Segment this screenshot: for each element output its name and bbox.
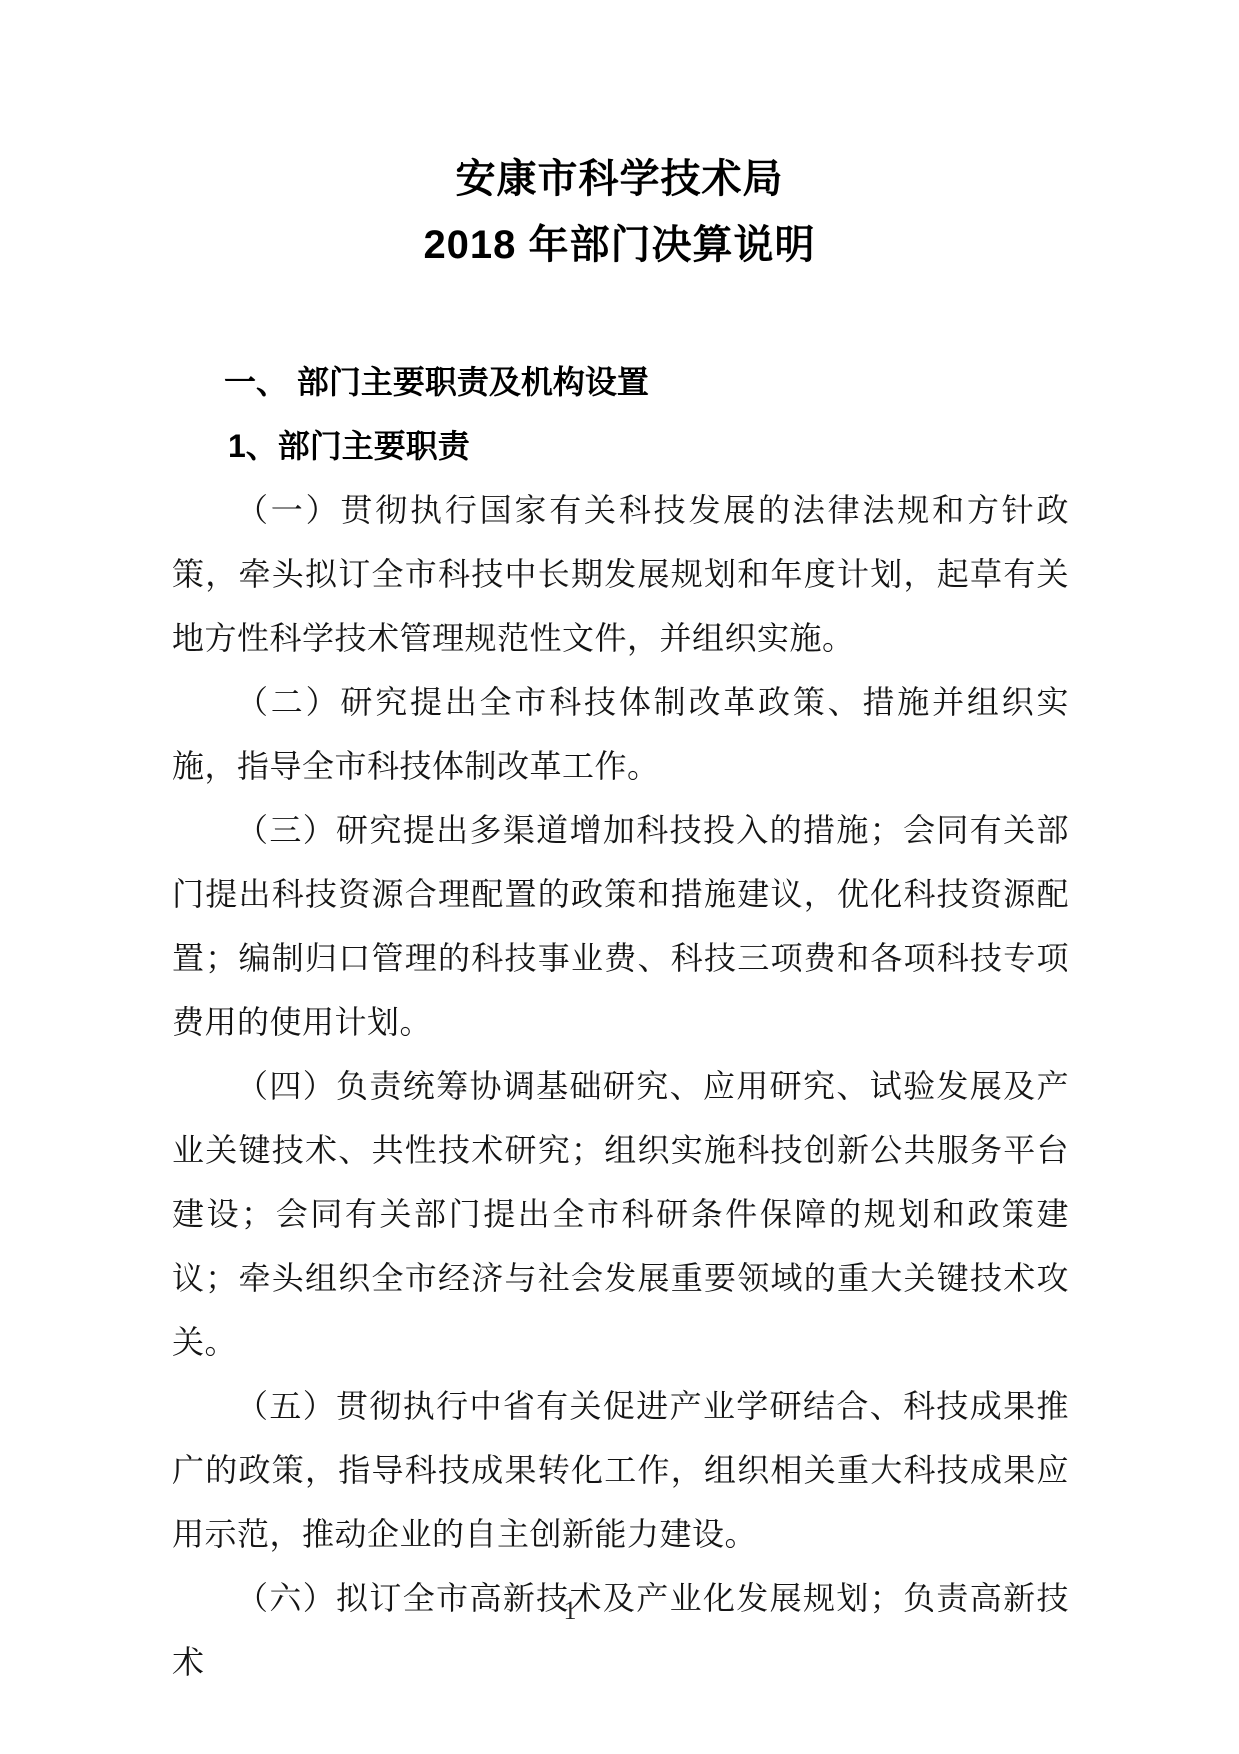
document-body: 一、 部门主要职责及机构设置 1、部门主要职责 （一）贯彻执行国家有关科技发展的… xyxy=(172,350,1069,1694)
document-title-block: 安康市科学技术局 2018 年部门决算说明 xyxy=(0,0,1239,278)
paragraph-duty-3: （三）研究提出多渠道增加科技投入的措施；会同有关部门提出科技资源合理配置的政策和… xyxy=(172,798,1069,1054)
paragraph-duty-4: （四）负责统筹协调基础研究、应用研究、试验发展及产业关键技术、共性技术研究；组织… xyxy=(172,1054,1069,1374)
section-heading: 一、 部门主要职责及机构设置 xyxy=(172,350,1069,414)
paragraph-duty-1: （一）贯彻执行国家有关科技发展的法律法规和方针政策，牵头拟订全市科技中长期发展规… xyxy=(172,478,1069,670)
document-title-line2: 2018 年部门决算说明 xyxy=(0,212,1239,278)
document-page: 安康市科学技术局 2018 年部门决算说明 一、 部门主要职责及机构设置 1、部… xyxy=(0,0,1239,1754)
document-title-line1: 安康市科学技术局 xyxy=(0,146,1239,212)
paragraph-duty-6: （六）拟订全市高新技术及产业化发展规划；负责高新技术 xyxy=(172,1566,1069,1694)
page-number: 1 xyxy=(0,1596,1140,1626)
subsection-heading: 1、部门主要职责 xyxy=(172,414,1069,478)
paragraph-duty-2: （二）研究提出全市科技体制改革政策、措施并组织实施，指导全市科技体制改革工作。 xyxy=(172,670,1069,798)
paragraph-duty-5: （五）贯彻执行中省有关促进产业学研结合、科技成果推广的政策，指导科技成果转化工作… xyxy=(172,1374,1069,1566)
